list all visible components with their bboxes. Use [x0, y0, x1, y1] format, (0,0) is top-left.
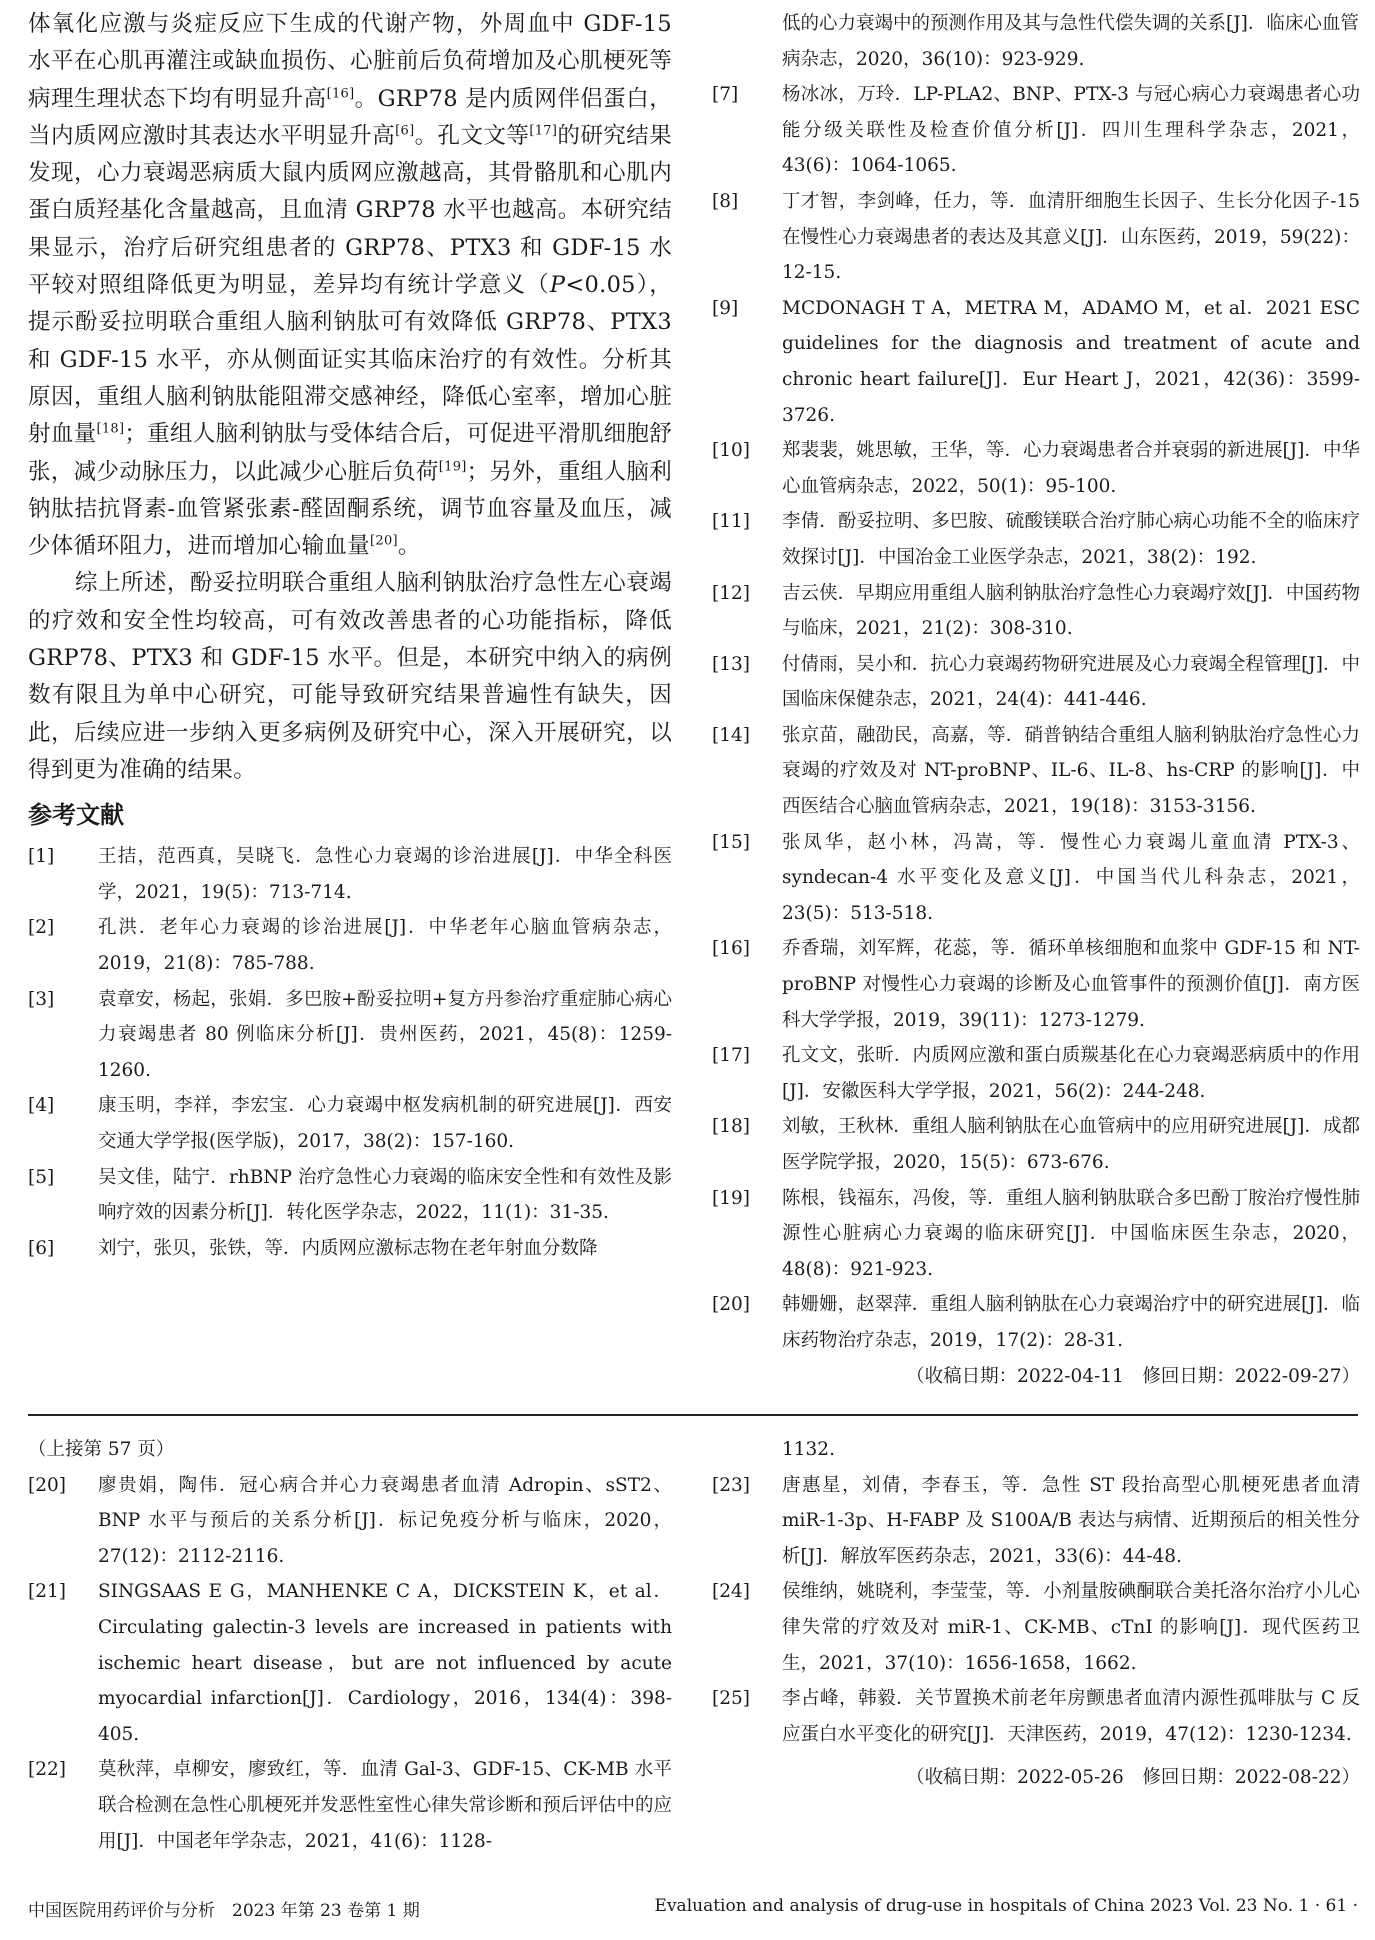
reference-item-8: [8]丁才智，李剑峰，任力，等．血清肝细胞生长因子、生长分化因子-15 在慢性心…: [712, 184, 1360, 291]
citation-6[interactable]: [6]: [395, 123, 414, 138]
left-column-top: 体氧化应激与炎症反应下生成的代谢产物，外周血中 GDF-15 水平在心肌再灌注或…: [28, 6, 672, 1266]
reference-number: [14]: [712, 718, 782, 825]
received-revised-dates-2: （收稿日期：2022-05-26 修回日期：2022-08-22）: [712, 1760, 1360, 1796]
references-heading: 参考文献: [28, 797, 672, 833]
reference-item-24: [24]侯维纳，姚晓利，李莹莹，等．小剂量胺碘酮联合美托洛尔治疗小儿心律失常的疗…: [712, 1574, 1360, 1681]
section-divider: [28, 1414, 1358, 1416]
p-value-symbol: P: [550, 272, 565, 298]
reference-text: 刘宁，张贝，张铁，等．内质网应激标志物在老年射血分数降: [98, 1231, 672, 1267]
reference-list-left: [1]王拮，范西真，吴晓飞．急性心力衰竭的诊治进展[J]．中华全科医学，2021…: [28, 839, 672, 1266]
left-column-bottom: （上接第 57 页） [20]廖贵娟，陶伟．冠心病合并心力衰竭患者血清 Adro…: [28, 1432, 672, 1859]
reference-item-13: [13]付倩雨，吴小和．抗心力衰竭药物研究进展及心力衰竭全程管理[J]．中国临床…: [712, 647, 1360, 718]
reference-item-16: [16]乔香瑞，刘军辉，花蕊，等．循环单核细胞和血浆中 GDF-15 和 NT-…: [712, 931, 1360, 1038]
reference-number: [12]: [712, 576, 782, 647]
reference-number: [15]: [712, 825, 782, 932]
reference-text: 乔香瑞，刘军辉，花蕊，等．循环单核细胞和血浆中 GDF-15 和 NT-proB…: [782, 931, 1360, 1038]
reference-number: [9]: [712, 291, 782, 433]
body-paragraph-1: 体氧化应激与炎症反应下生成的代谢产物，外周血中 GDF-15 水平在心肌再灌注或…: [28, 6, 672, 565]
reference-number: [19]: [712, 1181, 782, 1288]
reference-item-15: [15]张凤华，赵小林，冯嵩，等．慢性心力衰竭儿童血清 PTX-3、syndec…: [712, 825, 1360, 932]
reference-number: [16]: [712, 931, 782, 1038]
reference-text: 杨冰冰，万玲．LP-PLA2、BNP、PTX-3 与冠心病心力衰竭患者心功能分级…: [782, 77, 1360, 184]
citation-20[interactable]: [20]: [370, 534, 398, 549]
reference-text: MCDONAGH T A，METRA M，ADAMO M，et al．2021 …: [782, 291, 1360, 433]
reference-number: [10]: [712, 433, 782, 504]
reference-number: [13]: [712, 647, 782, 718]
reference-item-17: [17]孔文文，张昕．内质网应激和蛋白质羰基化在心力衰竭恶病质中的作用[J]．安…: [712, 1038, 1360, 1109]
reference-number: [25]: [712, 1681, 782, 1752]
reference-item-7: [7]杨冰冰，万玲．LP-PLA2、BNP、PTX-3 与冠心病心力衰竭患者心功…: [712, 77, 1360, 184]
reference-item-20-cont: [20]廖贵娟，陶伟．冠心病合并心力衰竭患者血清 Adropin、sST2、BN…: [28, 1468, 672, 1575]
reference-item-23: [23]唐惠星，刘倩，李春玉，等．急性 ST 段抬高型心肌梗死患者血清 miR-…: [712, 1468, 1360, 1575]
reference-text: 侯维纳，姚晓利，李莹莹，等．小剂量胺碘酮联合美托洛尔治疗小儿心律失常的疗效及对 …: [782, 1574, 1360, 1681]
reference-item-5: [5]吴文佳，陆宁．rhBNP 治疗急性心力衰竭的临床安全性和有效性及影响疗效的…: [28, 1160, 672, 1231]
text-segment: 。孔文文等: [414, 123, 529, 149]
reference-item-2: [2]孔洪．老年心力衰竭的诊治进展[J]．中华老年心脑血管病杂志，2019，21…: [28, 910, 672, 981]
text-segment: 。: [398, 533, 421, 559]
reference-text: 韩姗姗，赵翠萍．重组人脑利钠肽在心力衰竭治疗中的研究进展[J]．临床药物治疗杂志…: [782, 1287, 1360, 1358]
citation-18[interactable]: [18]: [96, 422, 124, 437]
reference-number: [17]: [712, 1038, 782, 1109]
reference-item-3: [3]袁章安，杨起，张娟．多巴胺+酚妥拉明+复方丹参治疗重症肺心病心力衰竭患者 …: [28, 982, 672, 1089]
reference-text: SINGSAAS E G，MANHENKE C A，DICKSTEIN K，et…: [98, 1574, 672, 1752]
reference-item-18: [18]刘敏，王秋林．重组人脑利钠肽在心血管病中的应用研究进展[J]．成都医学院…: [712, 1109, 1360, 1180]
reference-text: 唐惠星，刘倩，李春玉，等．急性 ST 段抬高型心肌梗死患者血清 miR-1-3p…: [782, 1468, 1360, 1575]
reference-number: [3]: [28, 982, 98, 1089]
reference-number: [22]: [28, 1752, 98, 1859]
reference-number: [24]: [712, 1574, 782, 1681]
citation-17[interactable]: [17]: [529, 123, 557, 138]
reference-item-19: [19]陈根，钱福东，冯俊，等．重组人脑利钠肽联合多巴酚丁胺治疗慢性肺源性心脏病…: [712, 1181, 1360, 1288]
reference-number: [21]: [28, 1574, 98, 1752]
reference-number: [11]: [712, 504, 782, 575]
reference-number: [23]: [712, 1468, 782, 1575]
reference-text: 王拮，范西真，吴晓飞．急性心力衰竭的诊治进展[J]．中华全科医学，2021，19…: [98, 839, 672, 910]
reference-text: 康玉明，李祥，李宏宝．心力衰竭中枢发病机制的研究进展[J]．西安交通大学学报(医…: [98, 1088, 672, 1159]
reference-text: 袁章安，杨起，张娟．多巴胺+酚妥拉明+复方丹参治疗重症肺心病心力衰竭患者 80 …: [98, 982, 672, 1089]
right-column-bottom: 1132. [23]唐惠星，刘倩，李春玉，等．急性 ST 段抬高型心肌梗死患者血…: [712, 1432, 1360, 1796]
reference-6-continuation: 低的心力衰竭中的预测作用及其与急性代偿失调的关系[J]．临床心血管病杂志，202…: [712, 6, 1360, 77]
reference-text: 孔洪．老年心力衰竭的诊治进展[J]．中华老年心脑血管病杂志，2019，21(8)…: [98, 910, 672, 981]
citation-16[interactable]: [16]: [327, 86, 355, 101]
reference-text: 张京苗，融劭民，高嘉，等．硝普钠结合重组人脑利钠肽治疗急性心力衰竭的疗效及对 N…: [782, 718, 1360, 825]
footer-journal-en-page: Evaluation and analysis of drug-use in h…: [655, 1896, 1358, 1921]
reference-number: [8]: [712, 184, 782, 291]
reference-22-continuation: 1132.: [712, 1432, 1360, 1468]
reference-text: 廖贵娟，陶伟．冠心病合并心力衰竭患者血清 Adropin、sST2、BNP 水平…: [98, 1468, 672, 1575]
reference-text: 付倩雨，吴小和．抗心力衰竭药物研究进展及心力衰竭全程管理[J]．中国临床保健杂志…: [782, 647, 1360, 718]
reference-number: [18]: [712, 1109, 782, 1180]
reference-item-4: [4]康玉明，李祥，李宏宝．心力衰竭中枢发病机制的研究进展[J]．西安交通大学学…: [28, 1088, 672, 1159]
reference-item-14: [14]张京苗，融劭民，高嘉，等．硝普钠结合重组人脑利钠肽治疗急性心力衰竭的疗效…: [712, 718, 1360, 825]
reference-number: [4]: [28, 1088, 98, 1159]
reference-number: [20]: [28, 1468, 98, 1575]
reference-text: 吉云侠．早期应用重组人脑利钠肽治疗急性心力衰竭疗效[J]．中国药物与临床，202…: [782, 576, 1360, 647]
citation-19[interactable]: [19]: [439, 459, 467, 474]
reference-text: 李占峰，韩毅．关节置换术前老年房颤患者血清内源性孤啡肽与 C 反应蛋白水平变化的…: [782, 1681, 1360, 1752]
reference-text: 陈根，钱福东，冯俊，等．重组人脑利钠肽联合多巴酚丁胺治疗慢性肺源性心脏病心力衰竭…: [782, 1181, 1360, 1288]
reference-item-12: [12]吉云侠．早期应用重组人脑利钠肽治疗急性心力衰竭疗效[J]．中国药物与临床…: [712, 576, 1360, 647]
reference-item-25: [25]李占峰，韩毅．关节置换术前老年房颤患者血清内源性孤啡肽与 C 反应蛋白水…: [712, 1681, 1360, 1752]
reference-item-20: [20]韩姗姗，赵翠萍．重组人脑利钠肽在心力衰竭治疗中的研究进展[J]．临床药物…: [712, 1287, 1360, 1358]
reference-text: 孔文文，张昕．内质网应激和蛋白质羰基化在心力衰竭恶病质中的作用[J]．安徽医科大…: [782, 1038, 1360, 1109]
reference-item-1: [1]王拮，范西真，吴晓飞．急性心力衰竭的诊治进展[J]．中华全科医学，2021…: [28, 839, 672, 910]
reference-number: [5]: [28, 1160, 98, 1231]
reference-item-22: [22]莫秋萍，卓柳安，廖致红，等．血清 Gal-3、GDF-15、CK-MB …: [28, 1752, 672, 1859]
reference-text: 丁才智，李剑峰，任力，等．血清肝细胞生长因子、生长分化因子-15 在慢性心力衰竭…: [782, 184, 1360, 291]
reference-item-10: [10]郑裴裴，姚思敏，王华，等．心力衰竭患者合并衰弱的新进展[J]．中华心血管…: [712, 433, 1360, 504]
continued-from-note: （上接第 57 页）: [28, 1432, 672, 1468]
reference-text: 刘敏，王秋林．重组人脑利钠肽在心血管病中的应用研究进展[J]．成都医学院学报，2…: [782, 1109, 1360, 1180]
reference-list-right: [7]杨冰冰，万玲．LP-PLA2、BNP、PTX-3 与冠心病心力衰竭患者心功…: [712, 77, 1360, 1358]
reference-number: [2]: [28, 910, 98, 981]
reference-item-21: [21]SINGSAAS E G，MANHENKE C A，DICKSTEIN …: [28, 1574, 672, 1752]
reference-text: 张凤华，赵小林，冯嵩，等．慢性心力衰竭儿童血清 PTX-3、syndecan-4…: [782, 825, 1360, 932]
page-footer: 中国医院用药评价与分析 2023 年第 23 卷第 1 期 Evaluation…: [28, 1896, 1358, 1921]
reference-number: [7]: [712, 77, 782, 184]
reference-number: [1]: [28, 839, 98, 910]
received-revised-dates: （收稿日期：2022-04-11 修回日期：2022-09-27）: [712, 1359, 1360, 1395]
reference-text: 吴文佳，陆宁．rhBNP 治疗急性心力衰竭的临床安全性和有效性及影响疗效的因素分…: [98, 1160, 672, 1231]
reference-number: [6]: [28, 1231, 98, 1267]
reference-item-9: [9]MCDONAGH T A，METRA M，ADAMO M，et al．20…: [712, 291, 1360, 433]
reference-text: 李倩．酚妥拉明、多巴胺、硫酸镁联合治疗肺心病心功能不全的临床疗效探讨[J]．中国…: [782, 504, 1360, 575]
reference-item-11: [11]李倩．酚妥拉明、多巴胺、硫酸镁联合治疗肺心病心功能不全的临床疗效探讨[J…: [712, 504, 1360, 575]
reference-text: 莫秋萍，卓柳安，廖致红，等．血清 Gal-3、GDF-15、CK-MB 水平联合…: [98, 1752, 672, 1859]
reference-text: 郑裴裴，姚思敏，王华，等．心力衰竭患者合并衰弱的新进展[J]．中华心血管病杂志，…: [782, 433, 1360, 504]
reference-number: [20]: [712, 1287, 782, 1358]
reference-item-6: [6]刘宁，张贝，张铁，等．内质网应激标志物在老年射血分数降: [28, 1231, 672, 1267]
footer-journal-cn: 中国医院用药评价与分析 2023 年第 23 卷第 1 期: [28, 1896, 420, 1921]
right-column-top: 低的心力衰竭中的预测作用及其与急性代偿失调的关系[J]．临床心血管病杂志，202…: [712, 6, 1360, 1394]
body-paragraph-2-conclusion: 综上所述，酚妥拉明联合重组人脑利钠肽治疗急性左心衰竭的疗效和安全性均较高，可有效…: [28, 565, 672, 789]
